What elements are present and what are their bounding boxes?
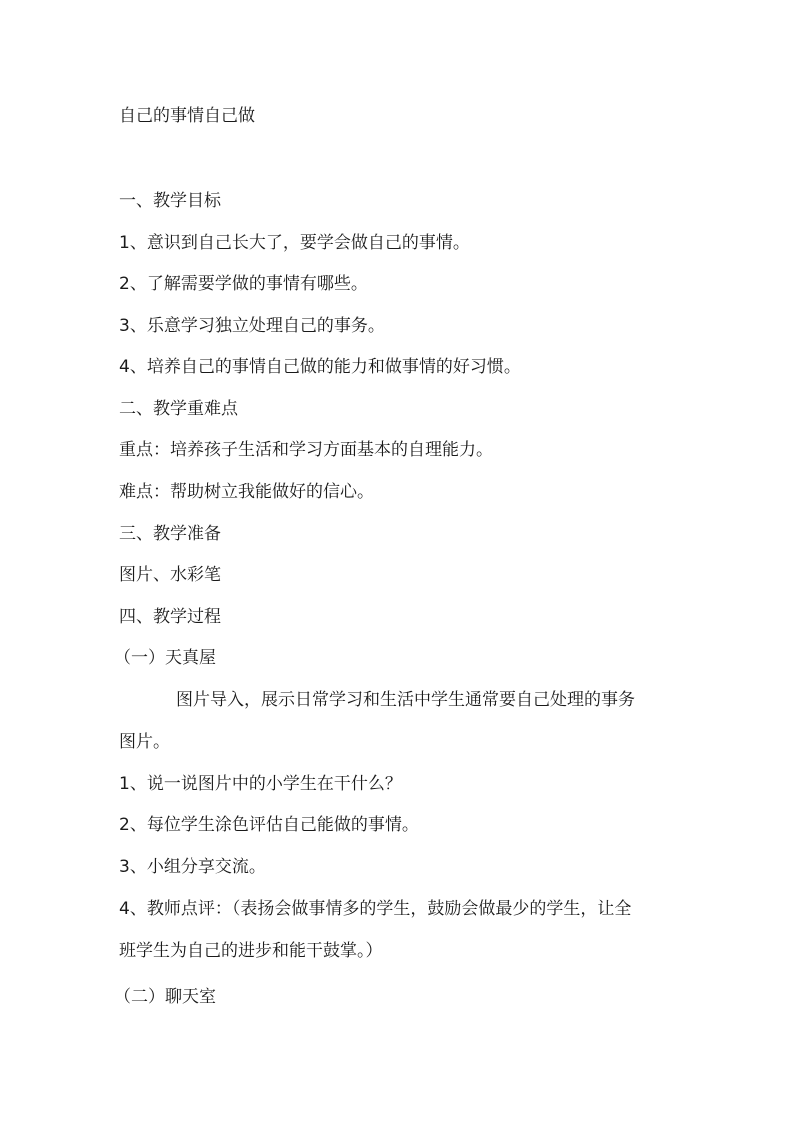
intro-paragraph-line: 图片导入，展示日常学习和生活中学生通常要自己处理的事务	[176, 690, 635, 710]
section-heading-process: 四、教学过程	[119, 607, 221, 627]
objective-item: 1、意识到自己长大了，要学会做自己的事情。	[119, 233, 470, 253]
subsection-heading-1: （一）天真屋	[114, 648, 216, 668]
activity-item-continuation: 班学生为自己的进步和能干鼓掌。）	[119, 941, 383, 961]
materials-text: 图片、水彩笔	[119, 565, 221, 585]
objective-item: 4、培养自己的事情自己做的能力和做事情的好习惯。	[119, 357, 521, 377]
objective-item: 2、了解需要学做的事情有哪些。	[119, 274, 368, 294]
subsection-heading-2: （二）聊天室	[114, 987, 216, 1007]
intro-paragraph-line: 图片。	[119, 732, 170, 752]
activity-item: 1、说一说图片中的小学生在干什么？	[119, 774, 402, 794]
key-point-text: 重点：培养孩子生活和学习方面基本的自理能力。	[119, 440, 493, 460]
activity-item: 3、小组分享交流。	[119, 857, 266, 877]
objective-item: 3、乐意学习独立处理自己的事务。	[119, 316, 385, 336]
activity-item: 2、每位学生涂色评估自己能做的事情。	[119, 815, 419, 835]
section-heading-key-points: 二、教学重难点	[119, 399, 238, 419]
difficult-point-text: 难点：帮助树立我能做好的信心。	[119, 482, 374, 502]
section-heading-objectives: 一、教学目标	[119, 191, 221, 211]
activity-item: 4、教师点评：（表扬会做事情多的学生，鼓励会做最少的学生，让全	[119, 899, 631, 919]
document-title: 自己的事情自己做	[119, 106, 255, 126]
document-page: 自己的事情自己做 一、教学目标 1、意识到自己长大了，要学会做自己的事情。 2、…	[0, 0, 793, 1122]
section-heading-preparation: 三、教学准备	[119, 524, 221, 544]
